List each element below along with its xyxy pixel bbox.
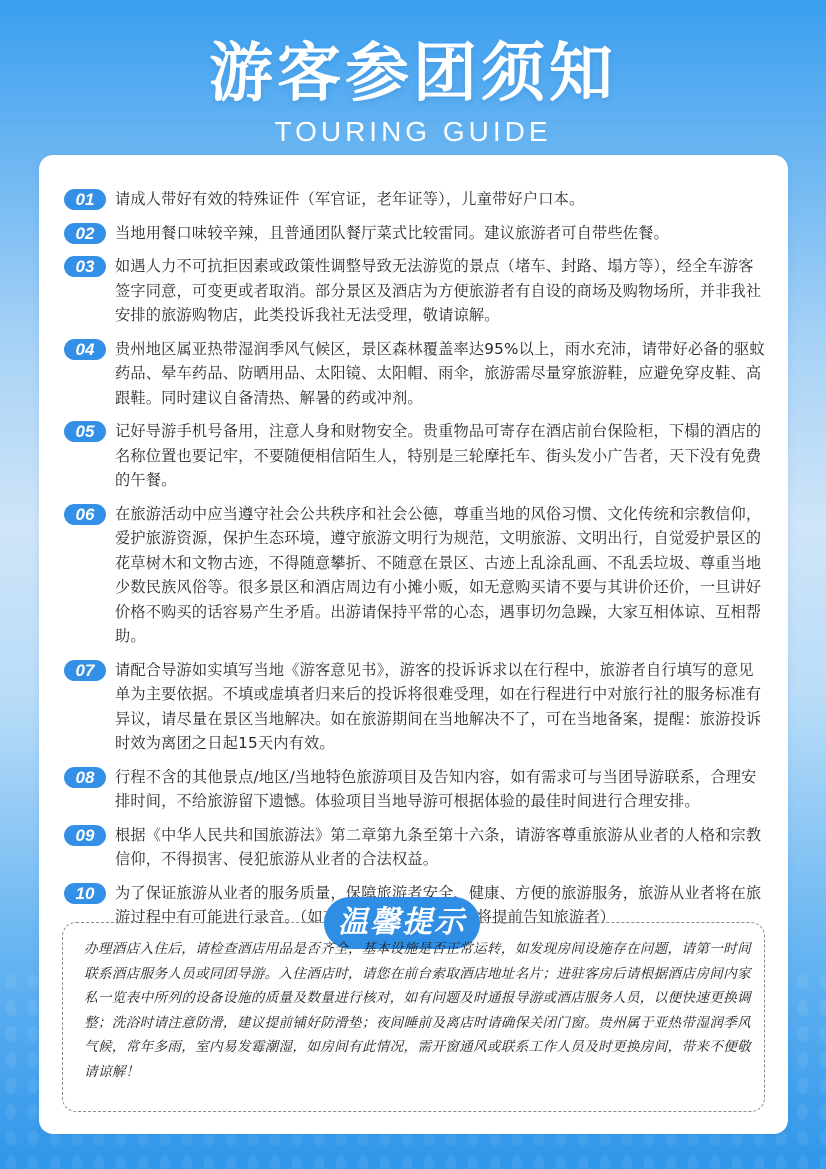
note-item: 06 在旅游活动中应当遵守社会公共秩序和社会公德，尊重当地的风俗习惯、文化传统和… [64, 502, 769, 649]
note-number-badge: 07 [64, 660, 106, 681]
note-text: 贵州地区属亚热带湿润季风气候区，景区森林覆盖率达95%以上，雨水充沛，请带好必备… [115, 337, 769, 411]
note-item: 08 行程不含的其他景点/地区/当地特色旅游项目及告知内容，如有需求可与当团导游… [64, 765, 769, 814]
note-number-badge: 05 [64, 421, 106, 442]
note-text: 行程不含的其他景点/地区/当地特色旅游项目及告知内容，如有需求可与当团导游联系，… [115, 765, 769, 814]
note-number-badge: 09 [64, 825, 106, 846]
note-item: 07 请配合导游如实填写当地《游客意见书》，游客的投诉诉求以在行程中，旅游者自行… [64, 658, 769, 756]
page-title: 游客参团须知 [0, 38, 826, 110]
note-text: 请配合导游如实填写当地《游客意见书》，游客的投诉诉求以在行程中，旅游者自行填写的… [115, 658, 769, 756]
note-text: 请成人带好有效的特殊证件（军官证，老年证等），儿童带好户口本。 [115, 187, 584, 212]
note-text: 根据《中华人民共和国旅游法》第二章第九条至第十六条，请游客尊重旅游从业者的人格和… [115, 823, 769, 872]
note-item: 09 根据《中华人民共和国旅游法》第二章第九条至第十六条，请游客尊重旅游从业者的… [64, 823, 769, 872]
note-text: 在旅游活动中应当遵守社会公共秩序和社会公德，尊重当地的风俗习惯、文化传统和宗教信… [115, 502, 769, 649]
note-item: 01 请成人带好有效的特殊证件（军官证，老年证等），儿童带好户口本。 [64, 187, 769, 212]
tips-text: 办理酒店入住后，请检查酒店用品是否齐全，基本设施是否正常运转，如发现房间设施存在… [84, 937, 754, 1084]
note-item: 02 当地用餐口味较辛辣，且普通团队餐厅菜式比较雷同。建议旅游者可自带些佐餐。 [64, 221, 769, 246]
note-number-badge: 03 [64, 256, 106, 277]
note-number-badge: 01 [64, 189, 106, 210]
content-card: 01 请成人带好有效的特殊证件（军官证，老年证等），儿童带好户口本。 02 当地… [39, 155, 788, 1134]
note-number-badge: 08 [64, 767, 106, 788]
note-text: 记好导游手机号备用，注意人身和财物安全。贵重物品可寄存在酒店前台保险柜，下榻的酒… [115, 419, 769, 493]
note-number-badge: 06 [64, 504, 106, 525]
page-header: 游客参团须知 TOURING GUIDE [0, 38, 826, 148]
note-item: 05 记好导游手机号备用，注意人身和财物安全。贵重物品可寄存在酒店前台保险柜，下… [64, 419, 769, 493]
note-item: 03 如遇人力不可抗拒因素或政策性调整导致无法游览的景点（堵车、封路、塌方等），… [64, 254, 769, 328]
page-subtitle: TOURING GUIDE [0, 116, 826, 148]
note-number-badge: 04 [64, 339, 106, 360]
note-text: 如遇人力不可抗拒因素或政策性调整导致无法游览的景点（堵车、封路、塌方等），经全车… [115, 254, 769, 328]
note-number-badge: 02 [64, 223, 106, 244]
notes-list: 01 请成人带好有效的特殊证件（军官证，老年证等），儿童带好户口本。 02 当地… [64, 187, 769, 939]
note-text: 当地用餐口味较辛辣，且普通团队餐厅菜式比较雷同。建议旅游者可自带些佐餐。 [115, 221, 669, 246]
note-item: 04 贵州地区属亚热带湿润季风气候区，景区森林覆盖率达95%以上，雨水充沛，请带… [64, 337, 769, 411]
note-number-badge: 10 [64, 883, 106, 904]
